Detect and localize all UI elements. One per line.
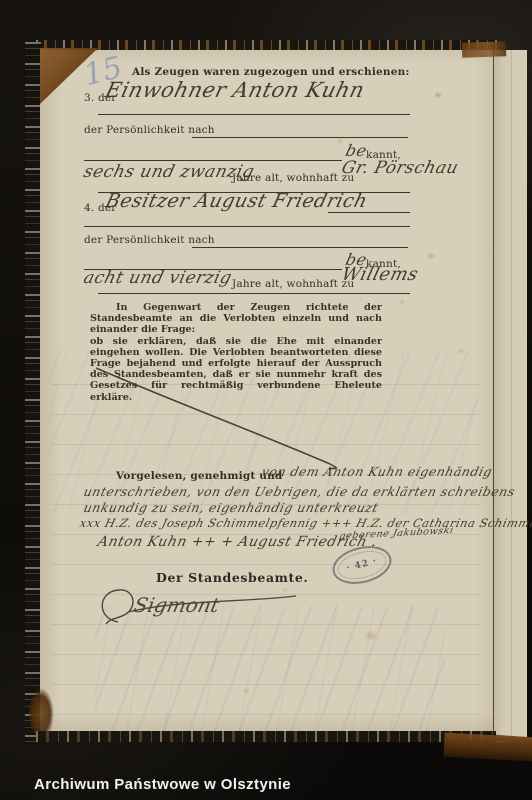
witness-marks-line1: xxx H.Z. des Joseph Schimmelpfennig +++ …	[78, 516, 532, 530]
witness-marks-line2: Anton Kuhn ++ + August Friedrich .	[96, 534, 379, 550]
archive-watermark: Archiwum Państwowe w Olsztynie	[34, 776, 291, 793]
facing-page-edge	[494, 50, 527, 742]
diagonal-cancellation-line	[40, 50, 493, 733]
closing-printed-prefix: Vorgelesen, genehmigt und	[116, 470, 282, 482]
leather-edge-top-right	[462, 41, 506, 58]
register-page: 15 Als Zeugen waren zugezogen und erschi…	[40, 50, 493, 733]
closing-handwritten-line3: unkundig zu sein, eigenhändig unterkreuz…	[82, 500, 380, 515]
registrar-signature: Sigmont	[88, 578, 318, 630]
signature-text: Sigmont	[132, 593, 223, 617]
binding-spine-strip	[25, 42, 41, 744]
closing-handwritten-line2: unterschrieben, von den Uebrigen, die da…	[82, 484, 517, 499]
archival-photo: 15 Als Zeugen waren zugezogen und erschi…	[0, 0, 532, 800]
page-gutter-line	[493, 50, 494, 740]
page-bottom-worn-edge	[36, 731, 496, 742]
leather-corner-bottom-right	[443, 733, 532, 762]
page-crease	[511, 50, 512, 742]
closing-handwritten-line1: von dem Anton Kuhn eigenhändig	[260, 464, 494, 479]
